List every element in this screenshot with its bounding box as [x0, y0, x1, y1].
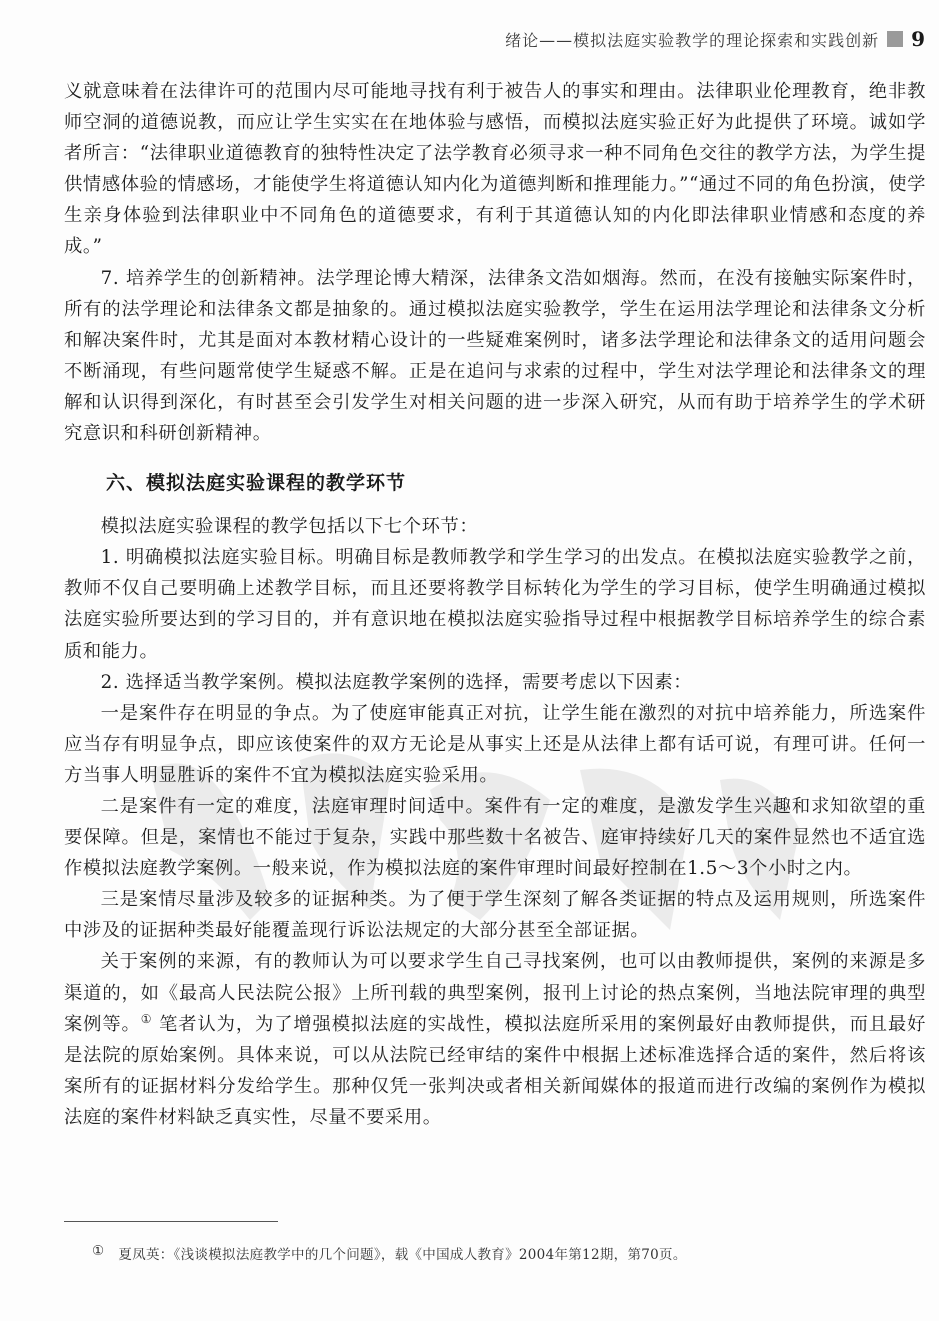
running-title: 绪论——模拟法庭实验教学的理论探索和实践创新: [505, 28, 879, 51]
paragraph-factor-2: 二是案件有一定的难度，法庭审理时间适中。案件有一定的难度，是激发学生兴趣和求知欲…: [64, 791, 926, 884]
footnote: ① 夏凤英：《浅谈模拟法庭教学中的几个问题》，载《中国成人教育》2004年第12…: [92, 1243, 687, 1263]
paragraph-item-1: 1. 明确模拟法庭实验目标。明确目标是教师教学和学生学习的出发点。在模拟法庭实验…: [64, 542, 926, 666]
running-header: 绪论——模拟法庭实验教学的理论探索和实践创新 9: [505, 24, 925, 54]
section-heading: 六、模拟法庭实验课程的教学环节: [64, 467, 926, 499]
footnote-text: 夏凤英：《浅谈模拟法庭教学中的几个问题》，载《中国成人教育》2004年第12期，…: [118, 1243, 686, 1263]
paragraph-continued: 义就意味着在法律许可的范围内尽可能地寻找有利于被告人的事实和理由。法律职业伦理教…: [64, 76, 926, 263]
paragraph-intro: 模拟法庭实验课程的教学包括以下七个环节：: [64, 511, 926, 542]
page-number: 9: [911, 27, 925, 51]
gray-square-icon: [887, 31, 903, 47]
paragraph-item-2: 2. 选择适当教学案例。模拟法庭教学案例的选择，需要考虑以下因素：: [64, 667, 926, 698]
paragraph-item-7: 7. 培养学生的创新精神。法学理论博大精深，法律条文浩如烟海。然而，在没有接触实…: [64, 263, 926, 450]
footnote-reference[interactable]: ①: [141, 1012, 153, 1026]
paragraph-factor-1: 一是案件存在明显的争点。为了使庭审能真正对抗，让学生能在激烈的对抗中培养能力，所…: [64, 698, 926, 791]
footnote-divider: [64, 1221, 278, 1222]
case-source-text-b: 笔者认为，为了增强模拟法庭的实战性，模拟法庭所采用的案例最好由教师提供，而且最好…: [64, 1014, 926, 1128]
body-text: 义就意味着在法律许可的范围内尽可能地寻找有利于被告人的事实和理由。法律职业伦理教…: [64, 76, 926, 1133]
footnote-marker: ①: [92, 1243, 104, 1263]
paragraph-case-source: 关于案例的来源，有的教师认为可以要求学生自己寻找案例，也可以由教师提供，案例的来…: [64, 946, 926, 1133]
paragraph-factor-3: 三是案情尽量涉及较多的证据种类。为了便于学生深刻了解各类证据的特点及运用规则，所…: [64, 884, 926, 946]
book-page: 绪论——模拟法庭实验教学的理论探索和实践创新 9 义就意味着在法律许可的范围内尽…: [0, 0, 939, 1321]
